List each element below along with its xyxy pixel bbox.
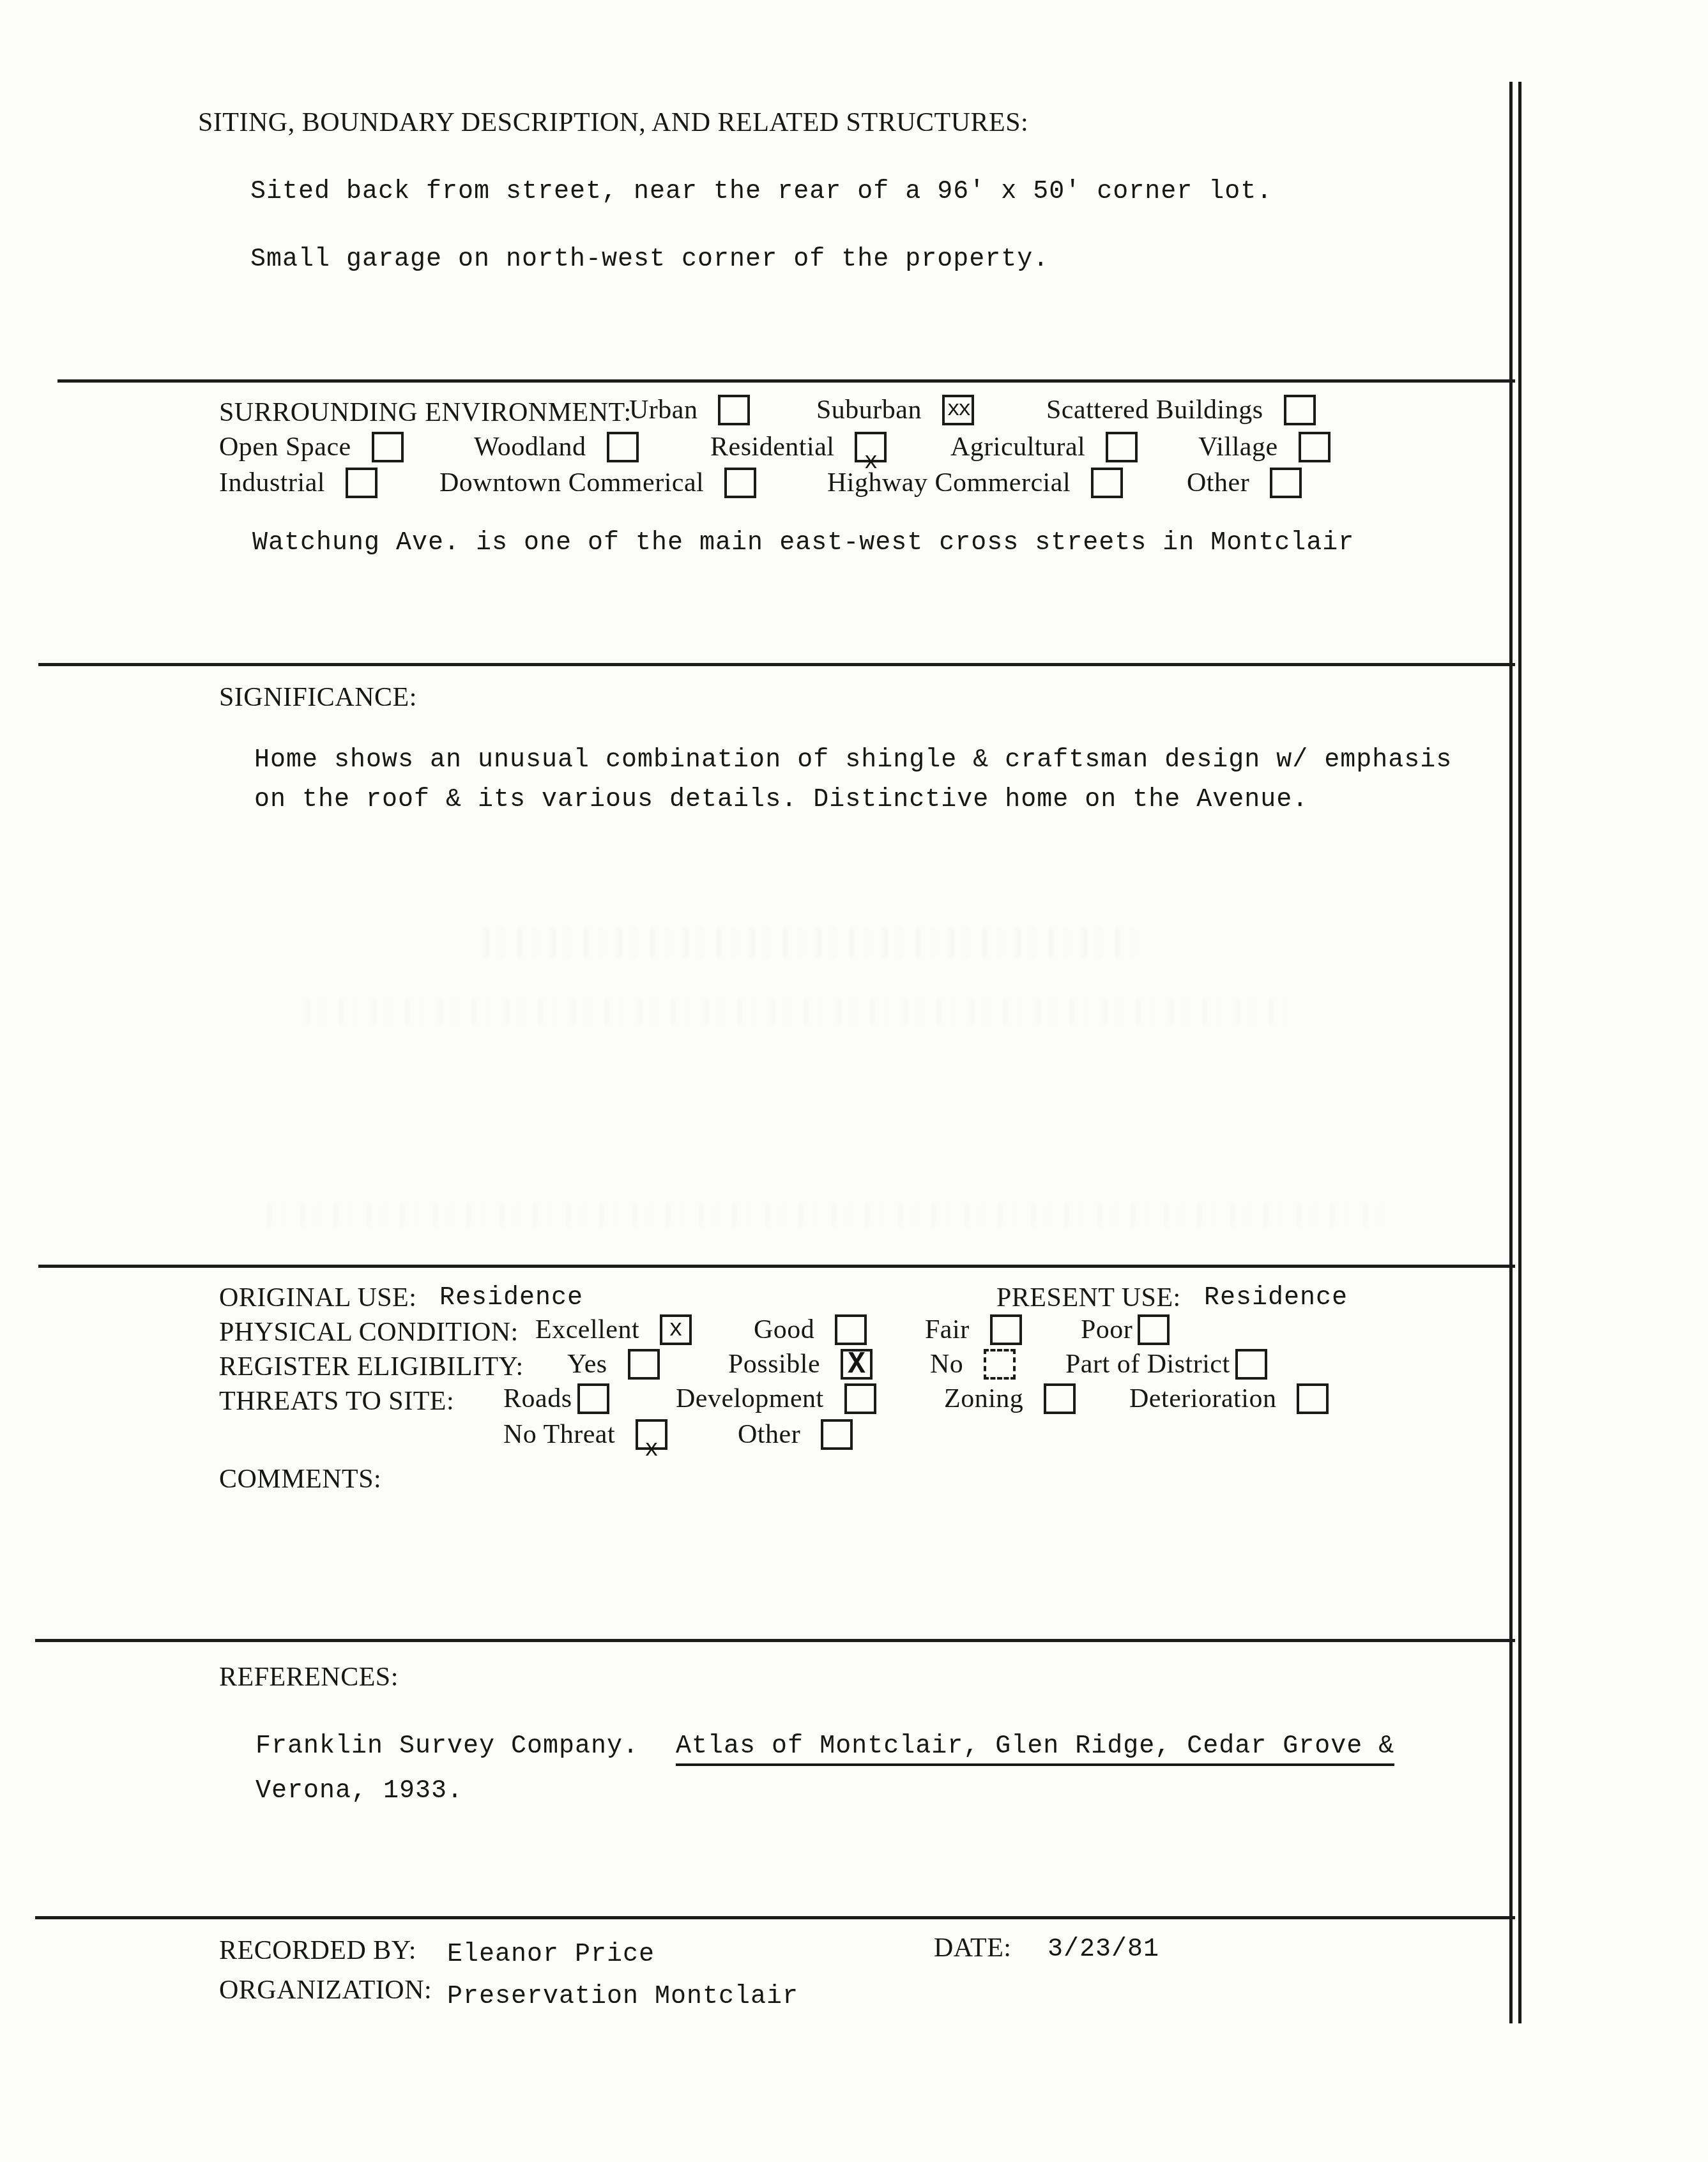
option-register-yes: Yes (567, 1349, 660, 1380)
option-label-industrial: Industrial (219, 468, 325, 498)
recorded-by-label: RECORDED BY: (219, 1935, 416, 1966)
checkbox-threat-other (821, 1419, 853, 1450)
comments-label: COMMENTS: (219, 1464, 381, 1495)
checkbox-part-of-district (1235, 1349, 1267, 1380)
checkbox-open-space (372, 432, 404, 462)
checkbox-good (835, 1314, 867, 1345)
checkbox-urban (718, 395, 750, 425)
option-label-register-no: No (930, 1349, 963, 1380)
option-label-excellent: Excellent (535, 1314, 639, 1345)
option-no-threat: No Threat x (503, 1419, 667, 1450)
option-label-residential: Residential (710, 432, 834, 462)
option-woodland: Woodland (474, 432, 639, 462)
scanned-survey-form-page: SITING, BOUNDARY DESCRIPTION, AND RELATE… (0, 0, 1708, 2162)
checkbox-downtown-commerical (724, 468, 756, 498)
checkbox-mark-suburban: xx (947, 399, 970, 421)
scan-bleedthrough-smudge (485, 927, 1150, 958)
checkbox-register-yes (628, 1349, 660, 1380)
option-label-threat-roads: Roads (503, 1383, 572, 1414)
environment-note: Watchung Ave. is one of the main east-we… (252, 529, 1354, 558)
checkbox-scattered-buildings (1284, 395, 1316, 425)
section-divider-1 (57, 379, 1515, 383)
section-divider-2 (38, 663, 1515, 666)
present-use-label: PRESENT USE: (996, 1283, 1181, 1313)
option-good: Good (754, 1314, 867, 1345)
option-label-poor: Poor (1081, 1314, 1132, 1345)
reference-citation-line-2: Verona, 1933. (255, 1777, 463, 1806)
checkbox-excellent: x (660, 1314, 692, 1345)
reference-citation-line-1: Franklin Survey Company.Atlas of Montcla… (255, 1732, 1394, 1761)
option-agricultural: Agricultural (950, 432, 1138, 462)
significance-section-heading: SIGNIFICANCE: (219, 682, 417, 713)
option-register-no: No (930, 1349, 1016, 1380)
siting-section-heading: SITING, BOUNDARY DESCRIPTION, AND RELATE… (198, 107, 1028, 138)
checkbox-threat-zoning (1044, 1383, 1076, 1414)
option-label-register-yes: Yes (567, 1349, 607, 1380)
checkbox-threat-development (844, 1383, 876, 1414)
checkbox-threat-deterioration (1297, 1383, 1329, 1414)
checkbox-mark-register-possible: X (848, 1349, 865, 1380)
register-eligibility-label: REGISTER ELIGIBILITY: (219, 1351, 524, 1382)
option-downtown-commerical: Downtown Commerical (439, 468, 756, 498)
option-label-threat-other: Other (738, 1419, 800, 1450)
option-label-village: Village (1198, 432, 1278, 462)
option-residential: Residential x (710, 432, 887, 462)
threats-label: THREATS TO SITE: (219, 1386, 454, 1417)
option-threat-roads: Roads (503, 1383, 609, 1414)
original-use-label: ORIGINAL USE: (219, 1283, 416, 1313)
reference-citation-title-underlined: Atlas of Montclair, Glen Ridge, Cedar Gr… (676, 1732, 1394, 1766)
option-label-highway-commercial: Highway Commercial (827, 468, 1071, 498)
option-label-downtown-commerical: Downtown Commerical (439, 468, 704, 498)
recorded-by-value: Eleanor Price (447, 1940, 655, 1969)
option-label-fair: Fair (925, 1314, 970, 1345)
checkbox-residential: x (855, 432, 887, 462)
checkbox-mark-excellent: x (669, 1318, 683, 1341)
siting-line-1: Sited back from street, near the rear of… (250, 178, 1272, 206)
date-label: DATE: (934, 1933, 1012, 1963)
option-label-agricultural: Agricultural (950, 432, 1085, 462)
option-label-urban: Urban (629, 395, 698, 425)
significance-line-1: Home shows an unusual combination of shi… (254, 746, 1452, 775)
option-label-suburban: Suburban (816, 395, 922, 425)
references-section-heading: REFERENCES: (219, 1662, 399, 1693)
option-village: Village (1198, 432, 1331, 462)
scan-bleedthrough-smudge (307, 998, 1303, 1026)
option-threat-development: Development (676, 1383, 876, 1414)
organization-label: ORGANIZATION: (219, 1975, 432, 2006)
option-label-part-of-district: Part of District (1065, 1349, 1230, 1380)
checkbox-industrial (346, 468, 377, 498)
organization-value: Preservation Montclair (447, 1983, 798, 2011)
option-label-good: Good (754, 1314, 814, 1345)
section-divider-5 (35, 1916, 1515, 1919)
option-threat-deterioration: Deterioration (1129, 1383, 1329, 1414)
option-label-threat-development: Development (676, 1383, 824, 1414)
option-label-woodland: Woodland (474, 432, 586, 462)
option-label-threat-deterioration: Deterioration (1129, 1383, 1276, 1414)
scan-bleedthrough-smudge (268, 1201, 1386, 1228)
checkbox-mark-no-threat: x (644, 1438, 659, 1461)
option-threat-zoning: Zoning (944, 1383, 1076, 1414)
option-label-open-space: Open Space (219, 432, 351, 462)
checkbox-highway-commercial (1091, 468, 1123, 498)
option-part-of-district: Part of District (1065, 1349, 1267, 1380)
present-use-value: Residence (1204, 1284, 1348, 1313)
option-poor: Poor (1081, 1314, 1170, 1345)
option-highway-commercial: Highway Commercial (827, 468, 1123, 498)
checkbox-register-no (984, 1349, 1016, 1380)
significance-line-2: on the roof & its various details. Disti… (254, 786, 1308, 814)
option-open-space: Open Space (219, 432, 404, 462)
section-divider-3 (38, 1265, 1515, 1268)
date-value: 3/23/81 (1048, 1935, 1159, 1964)
checkbox-no-threat: x (636, 1419, 667, 1450)
reference-citation-author: Franklin Survey Company. (255, 1732, 639, 1761)
checkbox-threat-roads (577, 1383, 609, 1414)
option-threat-other: Other (738, 1419, 853, 1450)
option-env-other: Other (1187, 468, 1302, 498)
checkbox-env-other (1270, 468, 1302, 498)
checkbox-village (1299, 432, 1331, 462)
checkbox-agricultural (1106, 432, 1138, 462)
checkbox-register-possible: X (841, 1349, 873, 1380)
option-excellent: Excellent x (535, 1314, 692, 1345)
section-divider-4 (35, 1639, 1515, 1642)
option-industrial: Industrial (219, 468, 377, 498)
checkbox-poor (1138, 1314, 1170, 1345)
original-use-value: Residence (439, 1284, 583, 1313)
option-label-scattered-buildings: Scattered Buildings (1046, 395, 1263, 425)
checkbox-woodland (607, 432, 639, 462)
option-scattered-buildings: Scattered Buildings (1046, 395, 1316, 425)
checkbox-fair (990, 1314, 1022, 1345)
option-label-threat-zoning: Zoning (944, 1383, 1023, 1414)
option-fair: Fair (925, 1314, 1022, 1345)
checkbox-suburban: xx (942, 395, 974, 425)
option-suburban: Suburban xx (816, 395, 974, 425)
option-register-possible: Possible X (728, 1349, 873, 1380)
physical-condition-label: PHYSICAL CONDITION: (219, 1317, 519, 1348)
page-edge-double-rule (1509, 82, 1521, 2023)
option-label-no-threat: No Threat (503, 1419, 615, 1450)
siting-line-2: Small garage on north-west corner of the… (250, 245, 1049, 274)
option-label-env-other: Other (1187, 468, 1249, 498)
option-label-register-possible: Possible (728, 1349, 820, 1380)
option-urban: Urban (629, 395, 750, 425)
environment-section-heading: SURROUNDING ENVIRONMENT: (219, 397, 632, 428)
